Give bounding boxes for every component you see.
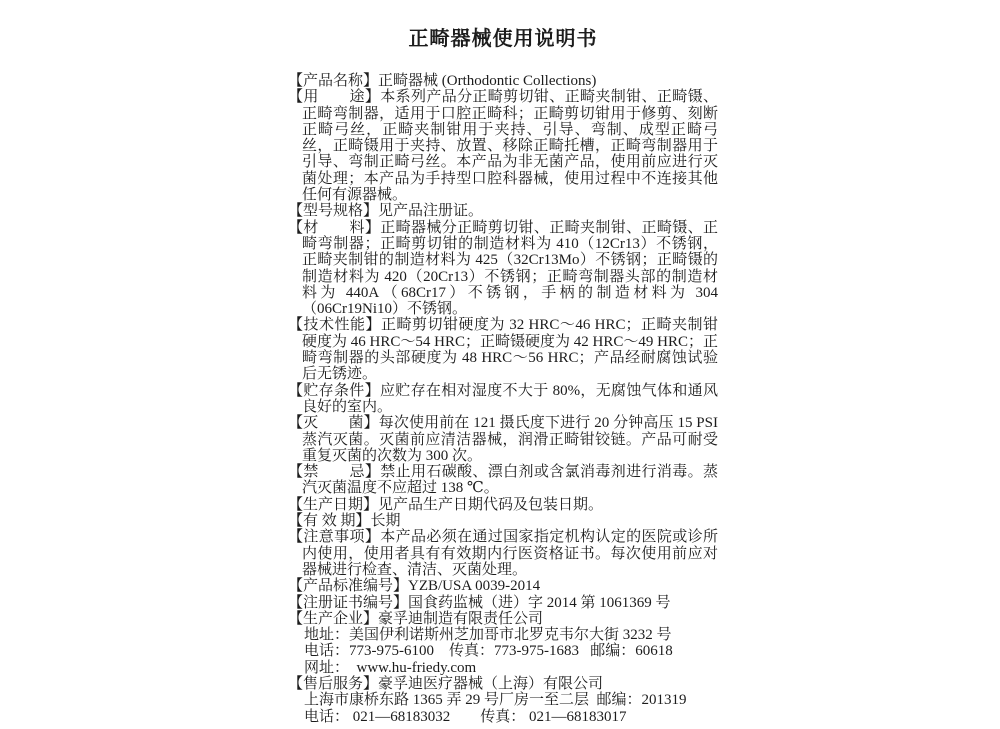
section-label: 【技术性能】 [288,317,381,333]
section: 【产品标准编号】YZB/USA 0039-2014 [288,578,718,594]
section-label: 【售后服务】 [288,676,378,692]
section-label: 【贮存条件】 [288,383,380,399]
section-paragraph: 【产品名称】正畸器械 (Orthodontic Collections) [288,73,718,89]
section-paragraph: 【型号规格】见产品注册证。 [288,203,718,219]
section-label: 【用 途】 [288,89,380,105]
section-text: 本系列产品分正畸剪切钳、正畸夹制钳、正畸镊、正畸弯制器，适用于口腔正畸科；正畸剪… [302,89,718,203]
section-paragraph: 【产品标准编号】YZB/USA 0039-2014 [288,578,718,594]
document-body: 【产品名称】正畸器械 (Orthodontic Collections)【用 途… [288,73,718,725]
section-label: 【禁 忌】 [288,464,380,480]
section-label: 【材 料】 [288,220,380,236]
document-column: 正畸器械使用说明书 【产品名称】正畸器械 (Orthodontic Collec… [288,26,718,725]
section-paragraph: 【贮存条件】应贮存在相对湿度不大于 80%，无腐蚀气体和通风良好的室内。 [288,383,718,416]
section-subline: 地址：美国伊利诺斯州芝加哥市北罗克韦尔大街 3232 号 [288,627,718,643]
section-paragraph: 【灭 菌】每次使用前在 121 摄氏度下进行 20 分钟高压 15 PSI 蒸汽… [288,415,718,464]
section-label: 【有 效 期】 [288,513,371,529]
section-paragraph: 【用 途】本系列产品分正畸剪切钳、正畸夹制钳、正畸镊、正畸弯制器，适用于口腔正畸… [288,89,718,203]
section-label: 【灭 菌】 [288,415,379,431]
document-page: 正畸器械使用说明书 【产品名称】正畸器械 (Orthodontic Collec… [0,0,1000,729]
section-label: 【型号规格】 [288,203,378,219]
section-label: 【生产日期】 [288,497,378,513]
section-label: 【产品名称】 [288,73,378,89]
section-paragraph: 【生产企业】豪孚迪制造有限责任公司 [288,611,718,627]
section-text: 长期 [371,513,401,529]
section: 【用 途】本系列产品分正畸剪切钳、正畸夹制钳、正畸镊、正畸弯制器，适用于口腔正畸… [288,89,718,203]
section-paragraph: 【禁 忌】禁止用石碳酸、漂白剂或含氯消毒剂进行消毒。蒸汽灭菌温度不应超过 138… [288,464,718,497]
section: 【贮存条件】应贮存在相对湿度不大于 80%，无腐蚀气体和通风良好的室内。 [288,383,718,416]
section: 【禁 忌】禁止用石碳酸、漂白剂或含氯消毒剂进行消毒。蒸汽灭菌温度不应超过 138… [288,464,718,497]
section-text: 豪孚迪制造有限责任公司 [378,611,543,627]
section: 【生产日期】见产品生产日期代码及包装日期。 [288,497,718,513]
section: 【售后服务】豪孚迪医疗器械（上海）有限公司上海市康桥东路 1365 弄 29 号… [288,676,718,725]
section: 【注意事项】本产品必须在通过国家指定机构认定的医院或诊所内使用，使用者具有有效期… [288,529,718,578]
section: 【技术性能】正畸剪切钳硬度为 32 HRC～46 HRC；正畸夹制钳硬度为 46… [288,317,718,382]
section-label: 【注册证书编号】 [288,595,408,611]
section: 【型号规格】见产品注册证。 [288,203,718,219]
section-subline: 电话： 021—68183032 传真： 021—68183017 [288,709,718,725]
section: 【注册证书编号】国食药监械（进）字 2014 第 1061369 号 [288,595,718,611]
section-paragraph: 【售后服务】豪孚迪医疗器械（上海）有限公司 [288,676,718,692]
section-paragraph: 【有 效 期】长期 [288,513,718,529]
section: 【材 料】正畸器械分正畸剪切钳、正畸夹制钳、正畸镊、正畸弯制器；正畸剪切钳的制造… [288,220,718,318]
section-subline: 上海市康桥东路 1365 弄 29 号厂房一至二层 邮编：201319 [288,692,718,708]
section-subline: 电话：773-975-6100 传真：773-975-1683 邮编：60618 [288,643,718,659]
section: 【有 效 期】长期 [288,513,718,529]
section-text: 正畸器械 (Orthodontic Collections) [378,73,596,89]
section: 【灭 菌】每次使用前在 121 摄氏度下进行 20 分钟高压 15 PSI 蒸汽… [288,415,718,464]
section-text: 豪孚迪医疗器械（上海）有限公司 [378,676,603,692]
section-paragraph: 【技术性能】正畸剪切钳硬度为 32 HRC～46 HRC；正畸夹制钳硬度为 46… [288,317,718,382]
section-subline: 网址： www.hu-friedy.com [288,660,718,676]
section-text: 见产品生产日期代码及包装日期。 [378,497,603,513]
section-paragraph: 【材 料】正畸器械分正畸剪切钳、正畸夹制钳、正畸镊、正畸弯制器；正畸剪切钳的制造… [288,220,718,318]
section: 【生产企业】豪孚迪制造有限责任公司地址：美国伊利诺斯州芝加哥市北罗克韦尔大街 3… [288,611,718,676]
section: 【产品名称】正畸器械 (Orthodontic Collections) [288,73,718,89]
section-text: 见产品注册证。 [378,203,483,219]
section-label: 【注意事项】 [288,529,380,545]
page-title: 正畸器械使用说明书 [288,26,718,52]
section-label: 【生产企业】 [288,611,378,627]
section-paragraph: 【注册证书编号】国食药监械（进）字 2014 第 1061369 号 [288,595,718,611]
section-text: 国食药监械（进）字 2014 第 1061369 号 [408,595,671,611]
section-paragraph: 【生产日期】见产品生产日期代码及包装日期。 [288,497,718,513]
section-text: YZB/USA 0039-2014 [408,578,540,594]
section-paragraph: 【注意事项】本产品必须在通过国家指定机构认定的医院或诊所内使用，使用者具有有效期… [288,529,718,578]
section-label: 【产品标准编号】 [288,578,408,594]
